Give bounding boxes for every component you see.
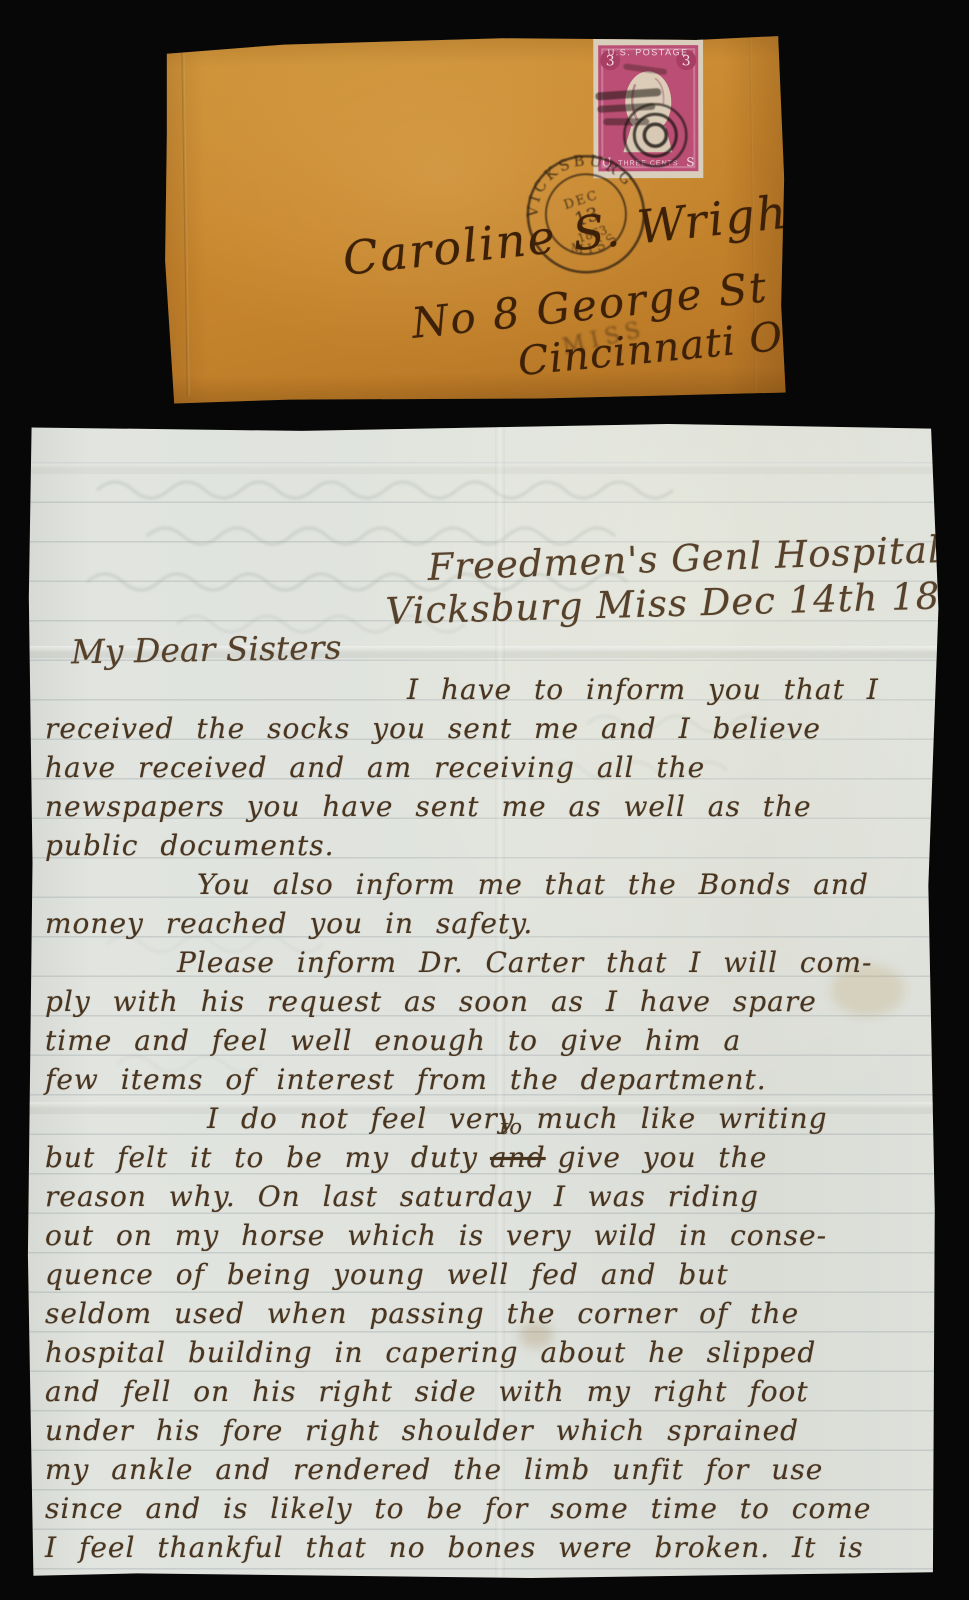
letter-line: since and is likely to be for some time … <box>45 1489 937 1528</box>
letter-line: my ankle and rendered the limb unfit for… <box>45 1450 937 1489</box>
letter-line: and fell on his right side with my right… <box>45 1372 937 1411</box>
letter-line: have received and am receiving all the <box>45 748 937 787</box>
letter-line: received the socks you sent me and I bel… <box>45 709 937 748</box>
letter-line: out on my horse which is very wild in co… <box>45 1216 937 1255</box>
correction-before-text: but felt it to be my duty <box>45 1141 478 1174</box>
letter-line: few items of interest from the departmen… <box>45 1060 937 1099</box>
letter-line: I do not feel very much like writing <box>45 1099 937 1138</box>
letter-body: I have to inform you that I received the… <box>45 670 937 1567</box>
letter-line: reason why. On last saturday I was ridin… <box>45 1177 937 1216</box>
letter-line: under his fore right shoulder which spra… <box>45 1411 937 1450</box>
letter-line: I have to inform you that I <box>45 670 937 709</box>
letter-line: time and feel well enough to give him a <box>45 1021 937 1060</box>
envelope-fold-seam <box>181 51 189 396</box>
letter-line: newspapers you have sent me as well as t… <box>45 787 937 826</box>
letter-page: Freedmen's Genl Hospital Vicksburg Miss … <box>27 424 943 1578</box>
letter-line: I feel thankful that no bones were broke… <box>45 1528 937 1567</box>
photo-background: { "envelope": { "address": ["Caroline S.… <box>0 0 969 1600</box>
correction: toand <box>490 1138 546 1177</box>
envelope: 3 3 U.S. POSTAGE U S THREE CENTS <box>159 33 789 406</box>
stamp-corner-letter: S <box>686 155 694 169</box>
letter-line: money reached you in safety. <box>45 904 937 943</box>
letter-line: seldom used when passing the corner of t… <box>45 1294 937 1333</box>
letter-line: ply with his request as soon as I have s… <box>45 982 937 1021</box>
letter-line: You also inform me that the Bonds and <box>45 865 937 904</box>
stamp-top-text: U.S. POSTAGE <box>608 47 689 57</box>
letter-line: public documents. <box>45 826 937 865</box>
fold-crease <box>27 462 943 474</box>
letter-line: hospital building in capering about he s… <box>45 1333 937 1372</box>
correction-after-text: give you the <box>558 1141 768 1174</box>
salutation: My Dear Sisters <box>71 628 342 672</box>
letter-line-with-correction: but felt it to be my dutytoandgive you t… <box>45 1138 937 1177</box>
letter-line: Please inform Dr. Carter that I will com… <box>45 943 937 982</box>
strikethrough-word: and <box>490 1141 546 1174</box>
inserted-word: to <box>500 1117 523 1138</box>
letter-line: quence of being young well fed and but <box>45 1255 937 1294</box>
